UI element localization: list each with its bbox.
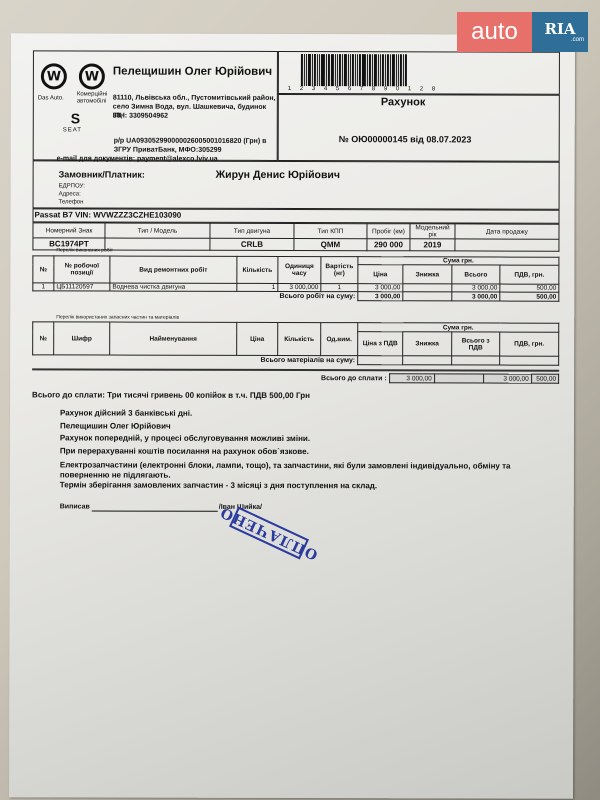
col-discount: Знижка xyxy=(403,265,452,284)
bank-name: ЗГРУ ПриватБанк, МФО:305299 xyxy=(114,147,222,154)
grand-total-vat: 500,00 xyxy=(531,374,558,383)
model-year-value: 2019 xyxy=(410,239,455,251)
seat-caption: SEAT xyxy=(63,127,82,133)
amount-in-words: Всього до сплати: Три тисячі гривень 00 … xyxy=(32,390,310,400)
term-line: Термін зберігання замовлених запчастин -… xyxy=(60,480,540,491)
watermark-ria-text: RIA xyxy=(544,22,575,37)
note-line: Пелещишин Олег Юрійович xyxy=(60,420,310,433)
term-line: Електрозапчастини (електронні блоки, лам… xyxy=(60,460,540,481)
row-price: 3 000,00 xyxy=(358,284,403,292)
col-unit: Од.вим. xyxy=(321,323,358,356)
phone-label: Телефон xyxy=(59,199,84,205)
seller-tax-id: ІПН: 3309504962 xyxy=(113,113,168,120)
grand-total-price: 3 000,00 xyxy=(389,374,434,383)
row-total: 3 000,00 xyxy=(452,284,500,292)
vehicle-header: Дата продажу xyxy=(455,224,559,239)
col-unit: Одиниця часу xyxy=(278,256,321,283)
col-code: Шифр xyxy=(54,322,110,355)
materials-caption: Перелік використаних запасних частин та … xyxy=(56,314,179,320)
grand-total-discount xyxy=(434,374,483,383)
vehicle-header: Тип / Модель xyxy=(105,223,210,238)
col-qty: Кількість xyxy=(237,256,278,283)
vehicle-header: Номерний Знак xyxy=(33,223,105,238)
row-discount xyxy=(403,284,452,292)
materials-table: № Шифр Найменування Ціна Кількість Од.ви… xyxy=(32,321,559,365)
works-total-label: Всього робіт на суму: xyxy=(33,291,358,301)
vehicle-header: Пробіг (км) xyxy=(367,224,410,239)
materials-total-label: Всього матеріалів на суму: xyxy=(33,355,358,365)
col-price-vat: Ціна з ПДВ xyxy=(358,332,403,356)
terms: Електрозапчастини (електронні блоки, лам… xyxy=(60,460,540,491)
signature-label: Виписав xyxy=(60,503,90,510)
note-line: При перерахуванні коштів посилання на ра… xyxy=(60,445,310,458)
doc-number: № ОЮ00000145 від 08.07.2023 xyxy=(339,134,472,144)
engine-value: CRLB xyxy=(210,238,294,250)
grand-total-label: Всього до сплати : xyxy=(32,373,389,383)
watermark-suffix: .com xyxy=(571,37,584,43)
doc-title: Рахунок xyxy=(381,96,426,108)
col-vat: ПДВ, грн. xyxy=(500,332,559,356)
vw-caption: Das Auto. xyxy=(38,95,64,101)
invoice-paper: W W Das Auto. Комерційні автомобілі S SE… xyxy=(9,33,575,798)
row-vat: 500,00 xyxy=(500,284,559,292)
gearbox-value: QMM xyxy=(294,239,367,251)
customer-block xyxy=(33,160,560,209)
signature-line xyxy=(92,510,218,511)
works-total-total: 3 000,00 xyxy=(452,292,500,301)
divider xyxy=(32,368,559,371)
vehicle-header: Модельний рік xyxy=(410,224,455,239)
sale-date-value xyxy=(455,239,559,251)
watermark-ria: RIA .com xyxy=(532,12,588,52)
notes: Рахунок дійсний 3 банківські дні. Пелещи… xyxy=(60,407,310,458)
grand-total-total: 3 000,00 xyxy=(483,374,531,383)
col-cost: Вартість (нг) xyxy=(321,257,358,284)
col-type: Вид ремонтних робіт xyxy=(110,256,237,283)
address-label: Адреса: xyxy=(59,191,81,197)
barcode-digits: 1 2 3 4 5 6 7 8 9 0 1 2 8 xyxy=(288,86,435,92)
row-cost: 1 xyxy=(321,284,358,292)
row-unit: 3 000,000 xyxy=(278,283,321,291)
note-line: Рахунок дійсний 3 банківські дні. xyxy=(60,407,310,420)
vehicle-title: Passat B7 VIN: WVWZZZ3CZHE103090 xyxy=(35,210,182,219)
works-table: № № робочої позиції Вид ремонтних робіт … xyxy=(32,255,559,301)
works-total-vat: 500,00 xyxy=(500,292,559,301)
col-vat: ПДВ, грн. xyxy=(500,265,559,284)
seat-logo-icon: S xyxy=(71,110,80,126)
grand-total-table: Всього до сплати : 3 000,00 3 000,00 500… xyxy=(32,372,559,383)
col-price: Ціна xyxy=(237,322,278,355)
mileage-value: 290 000 xyxy=(367,239,410,251)
row-type: Воднева чистка двигуна xyxy=(110,283,237,291)
vw-logo-icon: W xyxy=(41,63,67,89)
model-value xyxy=(105,238,210,250)
col-name: Найменування xyxy=(110,322,237,355)
customer-label: Замовник/Платник: xyxy=(59,169,145,179)
vehicle-header: Тип двигуна xyxy=(210,223,294,238)
watermark-auto: auto xyxy=(457,12,532,52)
seller-name: Пелещишин Олег Юрійович xyxy=(113,66,272,78)
col-qty: Кількість xyxy=(278,322,321,355)
col-position: № робочої позиції xyxy=(54,256,110,283)
barcode xyxy=(301,54,407,86)
vw-commercial-caption: Комерційні автомобілі xyxy=(77,91,117,105)
materials-total-vat xyxy=(500,356,559,365)
col-discount: Знижка xyxy=(403,332,452,356)
materials-total-price xyxy=(358,356,403,365)
works-total-price: 3 000,00 xyxy=(358,292,403,301)
customer-name: Жирун Денис Юрійович xyxy=(216,169,340,181)
note-line: Рахунок попередній, у процесі обслуговув… xyxy=(60,432,310,445)
works-caption: Перелік виконаних робіт xyxy=(56,247,113,253)
edrpou-label: ЕДРПОУ: xyxy=(59,183,85,189)
row-position: ЦБ11120597 xyxy=(54,283,110,291)
col-total: Всього xyxy=(452,265,500,284)
bank-account: р/р UA093052990000026005001016820 (Грн) … xyxy=(114,138,267,145)
col-total-vat: Всього з ПДВ xyxy=(452,332,500,356)
row-qty: 1 xyxy=(237,283,278,291)
materials-total-total xyxy=(452,356,500,365)
vehicle-header: Тип КПП xyxy=(294,224,367,239)
vw-commercial-logo-icon: W xyxy=(79,63,105,89)
col-no: № xyxy=(33,322,54,355)
row-no: 1 xyxy=(33,283,54,291)
col-price: Ціна xyxy=(358,265,403,284)
col-no: № xyxy=(33,256,54,283)
materials-total-discount xyxy=(403,356,452,365)
works-total-discount xyxy=(403,292,452,301)
